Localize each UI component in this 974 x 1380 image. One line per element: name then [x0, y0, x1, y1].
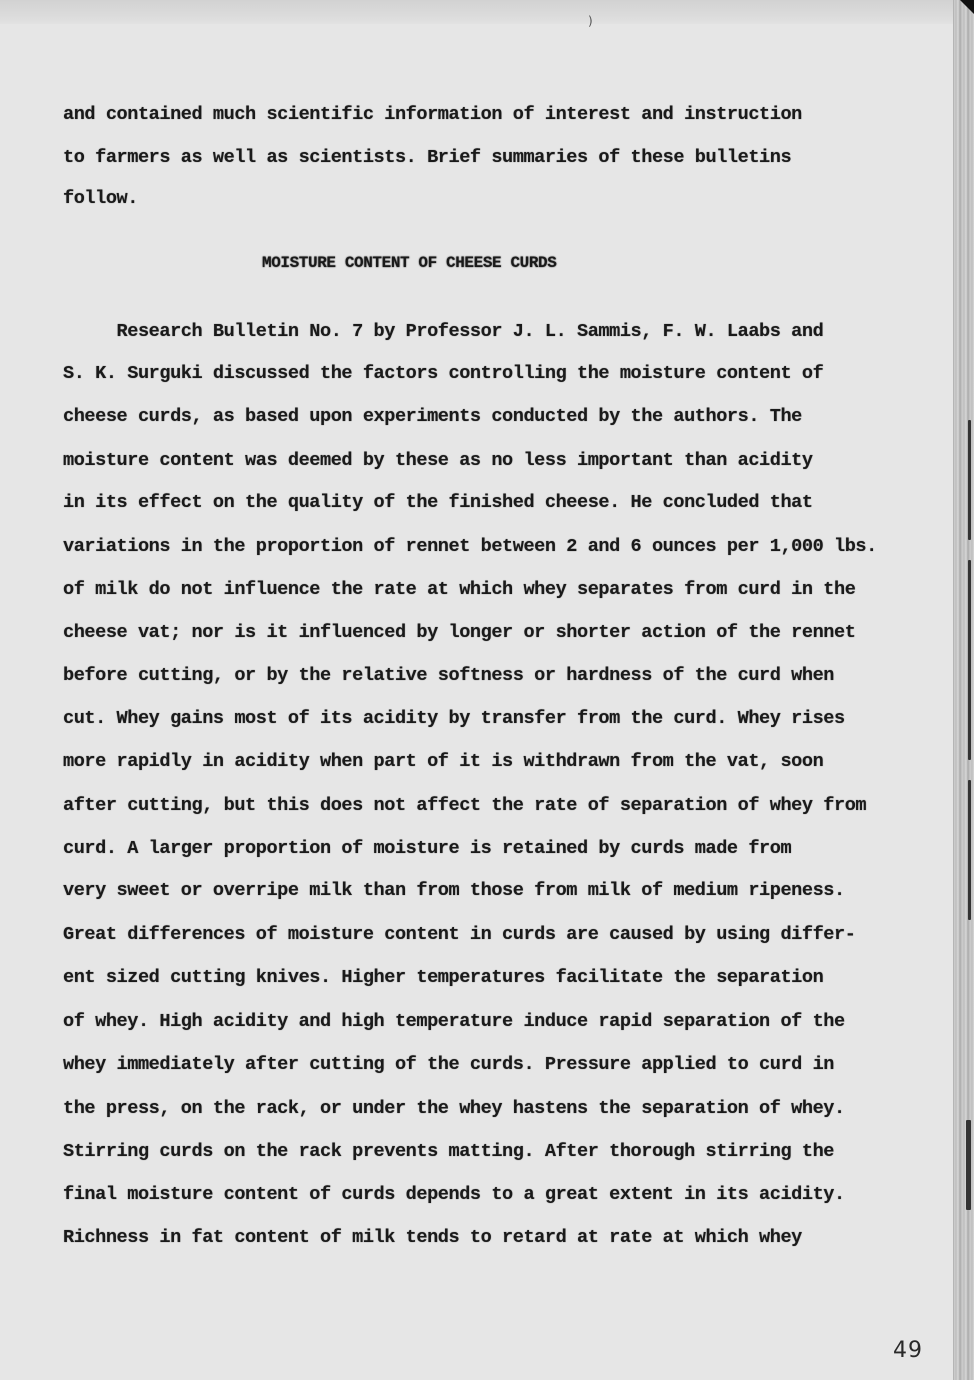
- edge-mark: [968, 780, 971, 920]
- body-line: cut. Whey gains most of its acidity by t…: [63, 708, 845, 730]
- body-line: S. K. Surguki discussed the factors cont…: [63, 363, 823, 385]
- body-line: Stirring curds on the rack prevents matt…: [63, 1141, 834, 1163]
- scan-corner: [960, 0, 974, 14]
- edge-mark: [968, 420, 971, 540]
- document-page: ) and contained much scientific informat…: [0, 0, 954, 1380]
- body-line: variations in the proportion of rennet b…: [63, 536, 877, 558]
- body-line: after cutting, but this does not affect …: [63, 795, 866, 817]
- stray-mark: ): [588, 14, 593, 28]
- intro-line: follow.: [63, 188, 138, 210]
- handwritten-page-number: 49: [893, 1338, 923, 1363]
- edge-mark: [966, 1120, 971, 1210]
- body-line: the press, on the rack, or under the whe…: [63, 1098, 845, 1120]
- edge-mark: [968, 560, 971, 760]
- intro-line: to farmers as well as scientists. Brief …: [63, 147, 791, 169]
- body-line: whey immediately after cutting of the cu…: [63, 1054, 834, 1076]
- body-line: ent sized cutting knives. Higher tempera…: [63, 967, 823, 989]
- book-page-edge: [953, 0, 974, 1380]
- body-line: Richness in fat content of milk tends to…: [63, 1227, 802, 1249]
- body-line: cheese vat; nor is it influenced by long…: [63, 622, 855, 644]
- body-line: final moisture content of curds depends …: [63, 1184, 845, 1206]
- body-line: before cutting, or by the relative softn…: [63, 665, 834, 687]
- section-heading: MOISTURE CONTENT OF CHEESE CURDS: [262, 252, 556, 274]
- scan-top-shadow: [0, 0, 960, 24]
- body-line: cheese curds, as based upon experiments …: [63, 406, 802, 428]
- intro-line: and contained much scientific informatio…: [63, 104, 802, 126]
- body-line: moisture content was deemed by these as …: [63, 450, 813, 472]
- body-line: Research Bulletin No. 7 by Professor J. …: [63, 321, 823, 343]
- body-line: in its effect on the quality of the fini…: [63, 492, 813, 514]
- body-line: of milk do not influence the rate at whi…: [63, 579, 855, 601]
- body-line: Great differences of moisture content in…: [63, 924, 855, 946]
- body-line: curd. A larger proportion of moisture is…: [63, 838, 791, 860]
- body-line: of whey. High acidity and high temperatu…: [63, 1011, 845, 1033]
- body-line: more rapidly in acidity when part of it …: [63, 751, 823, 773]
- body-line: very sweet or overripe milk than from th…: [63, 880, 845, 902]
